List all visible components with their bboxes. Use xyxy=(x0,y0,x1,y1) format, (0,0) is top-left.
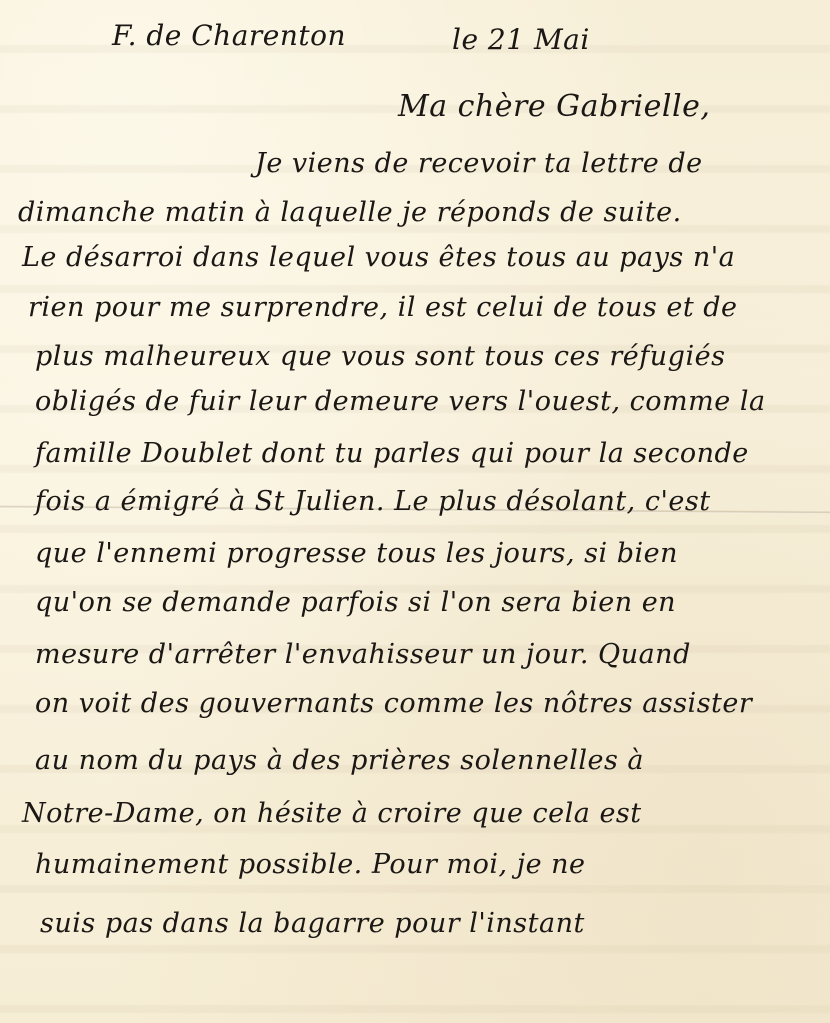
letter-line: fois a émigré à St Julien. Le plus désol… xyxy=(35,488,711,515)
letter-line: Le désarroi dans lequel vous êtes tous a… xyxy=(22,244,735,271)
letter-page: F. de Charenton le 21 Mai Ma chère Gabri… xyxy=(0,0,830,1023)
letter-line: Notre-Dame, on hésite à croire que cela … xyxy=(22,800,642,827)
letter-line: au nom du pays à des prières solennelles… xyxy=(35,747,644,774)
letter-line: que l'ennemi progresse tous les jours, s… xyxy=(35,540,678,567)
letter-line: humainement possible. Pour moi, je ne xyxy=(35,851,586,878)
letter-line: dimanche matin à laquelle je réponds de … xyxy=(18,199,682,226)
letter-line: famille Doublet dont tu parles qui pour … xyxy=(35,440,749,467)
letter-line: suis pas dans la bagarre pour l'instant xyxy=(40,910,585,937)
letter-line: plus malheureux que vous sont tous ces r… xyxy=(35,343,725,370)
letter-salutation: Ma chère Gabrielle, xyxy=(398,92,710,122)
letter-line: obligés de fuir leur demeure vers l'oues… xyxy=(35,388,766,415)
letter-line: on voit des gouvernants comme les nôtres… xyxy=(35,690,752,717)
letter-line: Je viens de recevoir ta lettre de xyxy=(255,150,703,177)
letter-line: qu'on se demande parfois si l'on sera bi… xyxy=(35,589,676,616)
letter-date: le 21 Mai xyxy=(452,26,590,54)
letter-place: F. de Charenton xyxy=(112,22,346,50)
letter-line: rien pour me surprendre, il est celui de… xyxy=(28,294,738,321)
letter-line: mesure d'arrêter l'envahisseur un jour. … xyxy=(35,641,691,668)
